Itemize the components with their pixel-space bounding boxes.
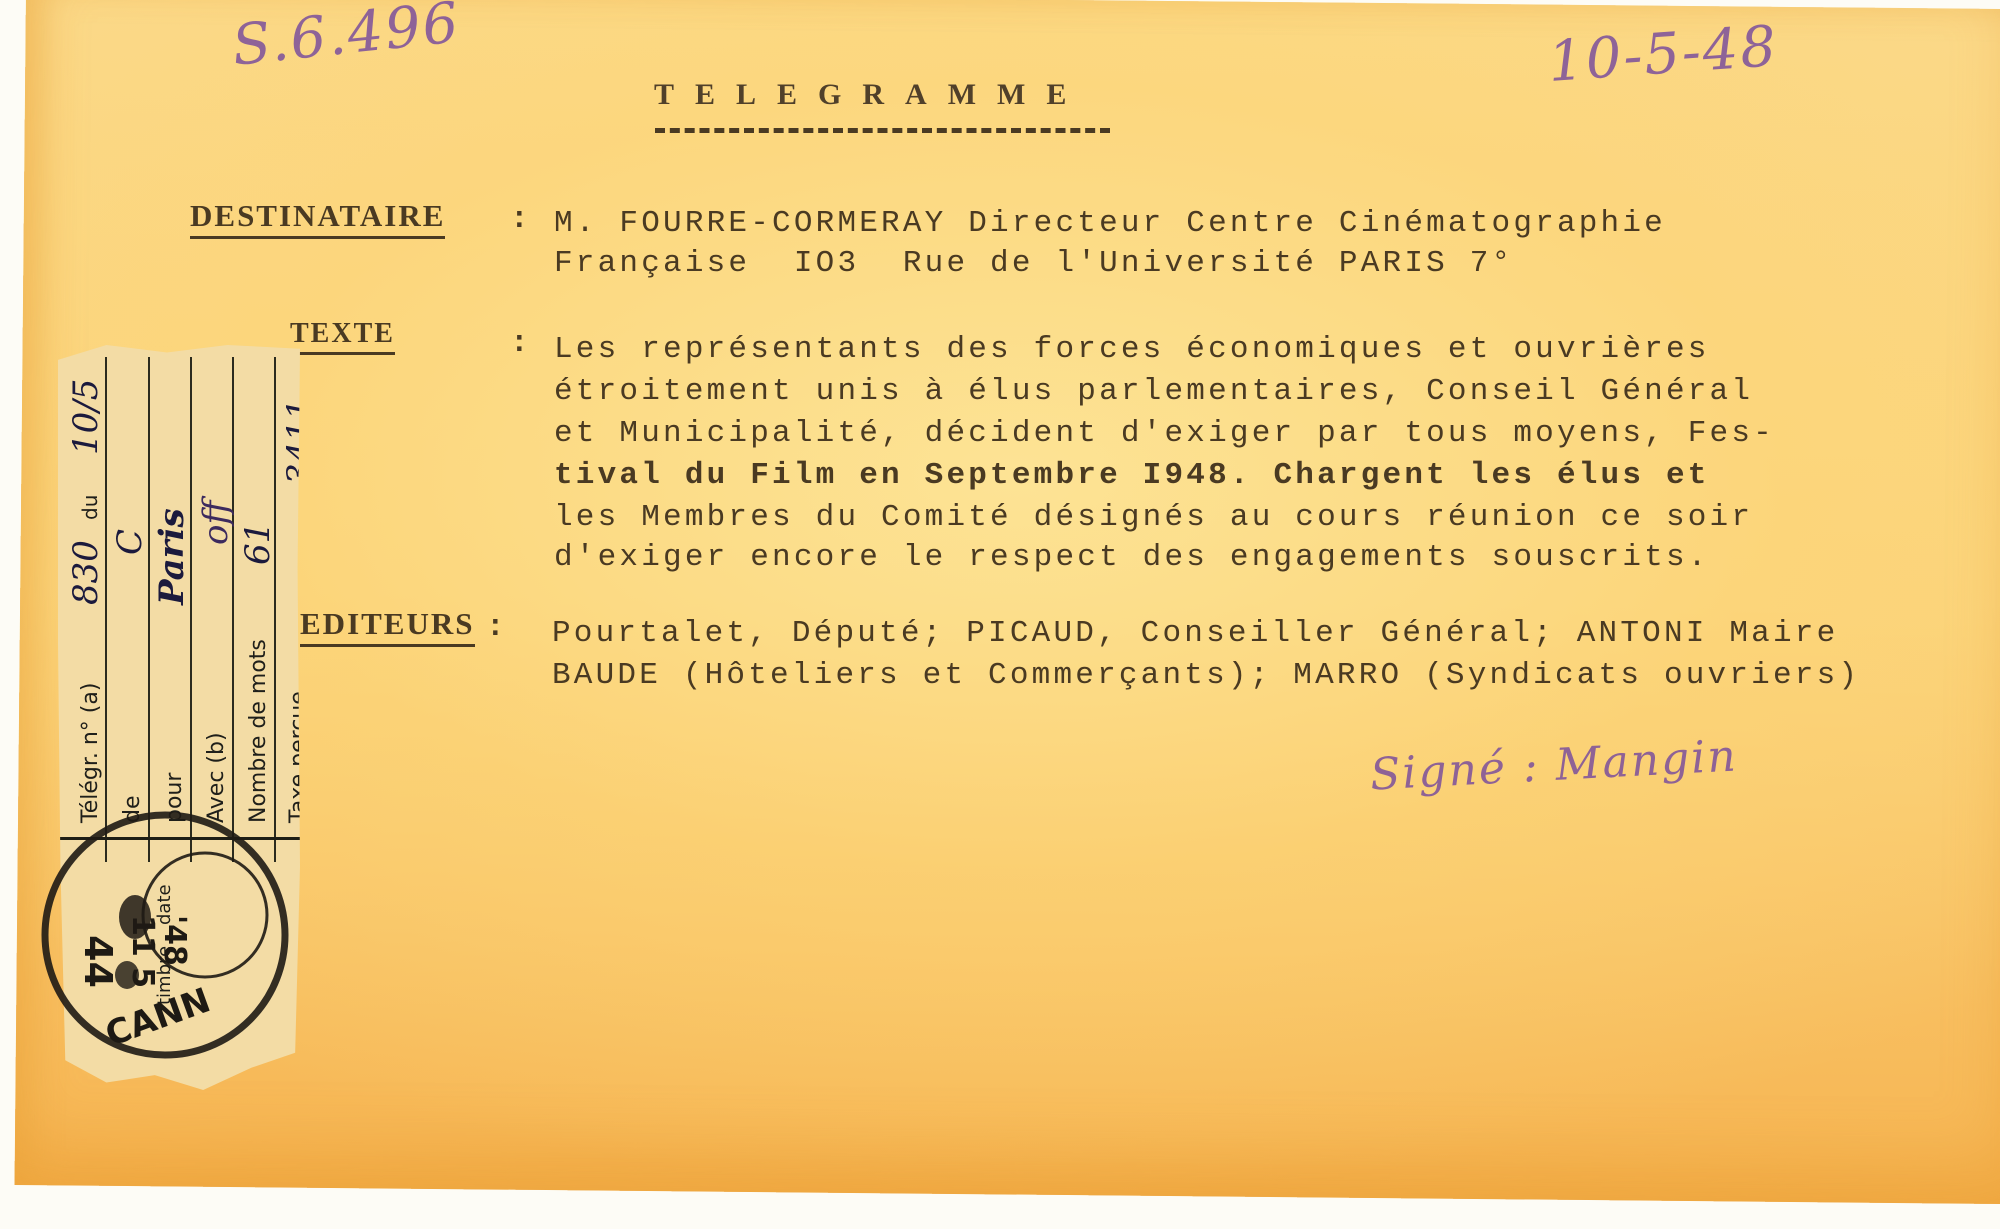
senders-line-2: BAUDE (Hôteliers et Commerçants); MARRO … bbox=[552, 656, 1860, 696]
slip-value-to: Paris bbox=[152, 508, 192, 605]
slip-value-with: off bbox=[196, 500, 236, 545]
slip-rule bbox=[190, 357, 192, 862]
message-line-5: les Membres du Comité désignés au cours … bbox=[554, 498, 1753, 538]
recipient-label: DESTINATAIRE bbox=[190, 198, 445, 239]
svg-text:44: 44 bbox=[76, 935, 120, 988]
slip-value-date: 10/5 bbox=[66, 379, 106, 455]
title-underline bbox=[655, 128, 1110, 133]
message-line-4: tival du Film en Septembre I948. Chargen… bbox=[554, 456, 1710, 496]
message-line-2: étroitement unis à élus parlementaires, … bbox=[554, 372, 1753, 412]
slip-rule bbox=[148, 357, 150, 862]
slip-value-telegram-number: 830 bbox=[66, 540, 106, 605]
message-line-1: Les représentants des forces économiques… bbox=[554, 330, 1710, 370]
text-label: TEXTE bbox=[290, 318, 395, 355]
senders-line-1: Pourtalet, Député; PICAUD, Conseiller Gé… bbox=[552, 614, 1838, 654]
senders-colon: : bbox=[486, 610, 505, 645]
recipient-line-2: Française IO3 Rue de l'Université PARIS … bbox=[554, 244, 1513, 284]
slip-label-telegram-number: Télégr. n° (a) bbox=[78, 683, 103, 823]
slip-value-word-count: 61 bbox=[238, 522, 278, 565]
postmark-stamp-icon: 11 5 '48 44 CANN bbox=[35, 805, 295, 1065]
slip-value-from: C bbox=[110, 529, 150, 555]
telegram-paper bbox=[15, 0, 2000, 1204]
text-colon: : bbox=[510, 326, 529, 361]
slip-label-word-count: Nombre de mots bbox=[246, 639, 271, 823]
message-line-6: d'exiger encore le respect des engagemen… bbox=[554, 538, 1710, 578]
recipient-line-1: M. FOURRE-CORMERAY Directeur Centre Ciné… bbox=[554, 204, 1666, 244]
recipient-colon: : bbox=[510, 202, 529, 237]
svg-text:'48: '48 bbox=[157, 915, 192, 966]
slip-label-du: du bbox=[78, 495, 102, 520]
slip-rule bbox=[274, 357, 276, 862]
senders-label: EDITEURS bbox=[300, 606, 475, 647]
svg-text:CANN: CANN bbox=[100, 980, 215, 1055]
message-line-3: et Municipalité, décident d'exiger par t… bbox=[554, 414, 1775, 454]
slip-rule bbox=[232, 357, 234, 862]
document-title: TELEGRAMME bbox=[654, 78, 1087, 112]
